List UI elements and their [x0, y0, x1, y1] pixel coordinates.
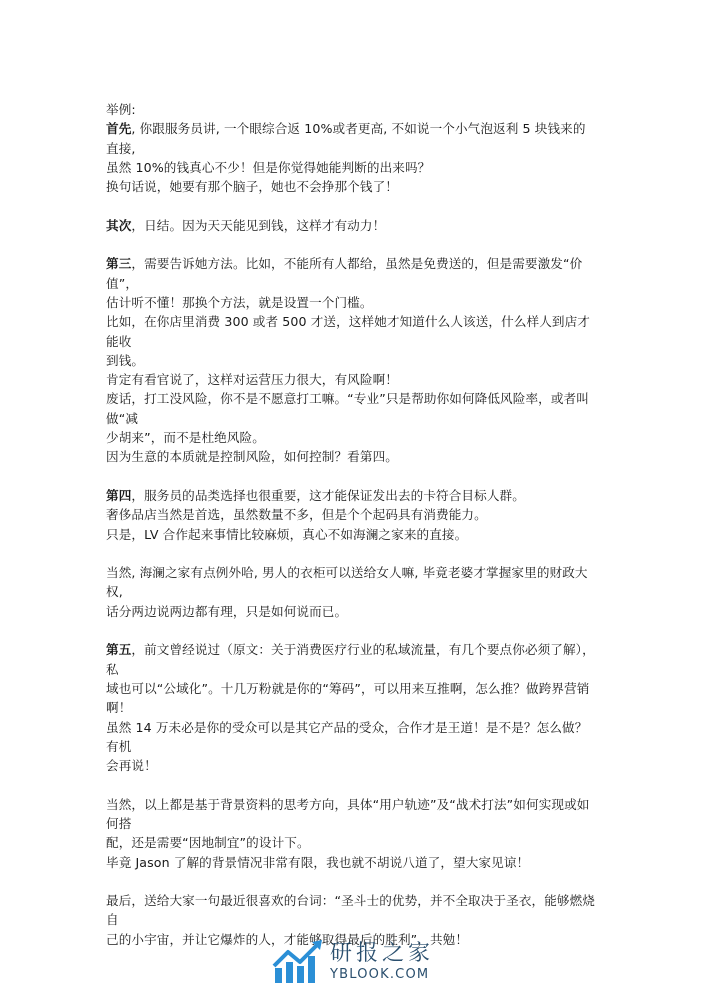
text-line: 首先, 你跟服务员讲, 一个眼综合返 10%或者更高, 不如说一个小气泡返利 5…	[106, 119, 598, 158]
line-text: 换句话说，她要有那个脑子，她也不会挣那个钱了！	[106, 179, 398, 194]
text-line: 话分两边说两边都有理，只是如何说而已。	[106, 602, 598, 621]
bar-chart-trend-icon	[272, 940, 324, 984]
text-line: 只是，LV 合作起来事情比较麻烦，真心不如海澜之家来的直接。	[106, 525, 598, 544]
paragraph-gap	[106, 196, 598, 215]
line-text: ，日结。因为天天能见到钱，这样才有动力！	[131, 218, 385, 233]
text-line: 因为生意的本质就是控制风险，如何控制？看第四。	[106, 447, 598, 466]
text-line: 比如，在你店里消费 300 或者 500 才送，这样她才知道什么人该送，什么样人…	[106, 312, 598, 351]
watermark-title-en: YBLOOK.COM	[330, 967, 434, 983]
line-text: 话分两边说两边都有理，只是如何说而已。	[106, 604, 347, 619]
text-line: 废话，打工没风险，你不是不愿意打工嘛。“专业”只是帮助你如何降低风险率，或者叫做…	[106, 389, 598, 428]
text-line: 毕竟 Jason 了解的背景情况非常有限，我也就不胡说八道了，望大家见谅！	[106, 853, 598, 872]
text-line: 换句话说，她要有那个脑子，她也不会挣那个钱了！	[106, 177, 598, 196]
line-text: , 你跟服务员讲, 一个眼综合返 10%或者更高, 不如说一个小气泡返利 5 块…	[106, 121, 586, 155]
line-text: 虽然 10%的钱真心不少！但是你觉得她能判断的出来吗？	[106, 160, 430, 175]
line-text: 域也可以“公域化”。十几万粉就是你的“筹码”，可以用来互推啊，怎么推？做跨界营销…	[106, 681, 589, 715]
line-text: 配，还是需要“因地制宜”的设计下。	[106, 835, 310, 850]
line-text: 比如，在你店里消费 300 或者 500 才送，这样她才知道什么人该送，什么样人…	[106, 314, 590, 348]
text-line: 当然，以上都是基于背景资料的思考方向，具体“用户轨迹”及“战术打法”如何实现或如…	[106, 795, 598, 834]
text-line: 会再说！	[106, 756, 598, 775]
text-line: 估计听不懂！那换个方法，就是设置一个门槛。	[106, 293, 598, 312]
text-line: 第四，服务员的品类选择也很重要，这才能保证发出去的卡符合目标人群。	[106, 486, 598, 505]
line-text: ，需要告诉她方法。比如，不能所有人都给，虽然是免费送的，但是需要激发“价值”，	[106, 256, 582, 290]
line-text: 毕竟 Jason 了解的背景情况非常有限，我也就不胡说八道了，望大家见谅！	[106, 855, 529, 870]
paragraph-gap	[106, 235, 598, 254]
text-line: 虽然 14 万未必是你的受众可以是其它产品的受众，合作才是王道！是不是？怎么做？…	[106, 718, 598, 757]
text-line: 奢侈品店当然是首选，虽然数量不多，但是个个起码具有消费能力。	[106, 505, 598, 524]
line-text: ，服务员的品类选择也很重要，这才能保证发出去的卡符合目标人群。	[131, 488, 525, 503]
line-text: 最后，送给大家一句最近很喜欢的台词：“圣斗士的优势，并不全取决于圣衣，能够燃烧自	[106, 893, 595, 927]
line-text: 因为生意的本质就是控制风险，如何控制？看第四。	[106, 449, 398, 464]
line-text: 当然，以上都是基于背景资料的思考方向，具体“用户轨迹”及“战术打法”如何实现或如…	[106, 797, 589, 831]
paragraph-lead: 第三	[106, 256, 131, 271]
line-text: ，前文曾经说过（原文：关于消费医疗行业的私域流量，有几个要点你必须了解），私	[106, 642, 595, 676]
text-line: 举例:	[106, 100, 598, 119]
text-line: 第三，需要告诉她方法。比如，不能所有人都给，虽然是免费送的，但是需要激发“价值”…	[106, 254, 598, 293]
watermark-title-cn: 研报之家	[330, 941, 434, 967]
paragraph-lead: 其次	[106, 218, 131, 233]
paragraph-gap	[106, 872, 598, 891]
line-text: 到钱。	[106, 353, 144, 368]
watermark-logo: 研报之家 YBLOOK.COM	[272, 938, 462, 986]
paragraph-gap	[106, 621, 598, 640]
paragraph-gap	[106, 467, 598, 486]
text-line: 当然, 海澜之家有点例外哈, 男人的衣柜可以送给女人嘛, 毕竟老婆才掌握家里的财…	[106, 563, 598, 602]
paragraph-lead: 第四	[106, 488, 131, 503]
line-text: 估计听不懂！那换个方法，就是设置一个门槛。	[106, 295, 373, 310]
line-text: 举例:	[106, 102, 136, 117]
line-text: 当然, 海澜之家有点例外哈, 男人的衣柜可以送给女人嘛, 毕竟老婆才掌握家里的财…	[106, 565, 588, 599]
paragraph-gap	[106, 775, 598, 794]
line-text: 虽然 14 万未必是你的受众可以是其它产品的受众，合作才是王道！是不是？怎么做？…	[106, 720, 587, 754]
text-line: 最后，送给大家一句最近很喜欢的台词：“圣斗士的优势，并不全取决于圣衣，能够燃烧自	[106, 891, 598, 930]
text-line: 第五，前文曾经说过（原文：关于消费医疗行业的私域流量，有几个要点你必须了解），私	[106, 640, 598, 679]
document-body: 举例:首先, 你跟服务员讲, 一个眼综合返 10%或者更高, 不如说一个小气泡返…	[106, 100, 598, 949]
line-text: 会再说！	[106, 758, 157, 773]
line-text: 少胡来”，而不是杜绝风险。	[106, 430, 265, 445]
text-line: 域也可以“公域化”。十几万粉就是你的“筹码”，可以用来互推啊，怎么推？做跨界营销…	[106, 679, 598, 718]
paragraph-gap	[106, 544, 598, 563]
paragraph-lead: 首先	[106, 121, 131, 136]
text-line: 肯定有看官说了，这样对运营压力很大，有风险啊！	[106, 370, 598, 389]
text-line: 其次，日结。因为天天能见到钱，这样才有动力！	[106, 216, 598, 235]
paragraph-lead: 第五	[106, 642, 131, 657]
text-line: 虽然 10%的钱真心不少！但是你觉得她能判断的出来吗？	[106, 158, 598, 177]
line-text: 奢侈品店当然是首选，虽然数量不多，但是个个起码具有消费能力。	[106, 507, 487, 522]
text-line: 少胡来”，而不是杜绝风险。	[106, 428, 598, 447]
line-text: 只是，LV 合作起来事情比较麻烦，真心不如海澜之家来的直接。	[106, 527, 467, 542]
text-line: 到钱。	[106, 351, 598, 370]
text-line: 配，还是需要“因地制宜”的设计下。	[106, 833, 598, 852]
line-text: 废话，打工没风险，你不是不愿意打工嘛。“专业”只是帮助你如何降低风险率，或者叫做…	[106, 391, 589, 425]
line-text: 肯定有看官说了，这样对运营压力很大，有风险啊！	[106, 372, 398, 387]
